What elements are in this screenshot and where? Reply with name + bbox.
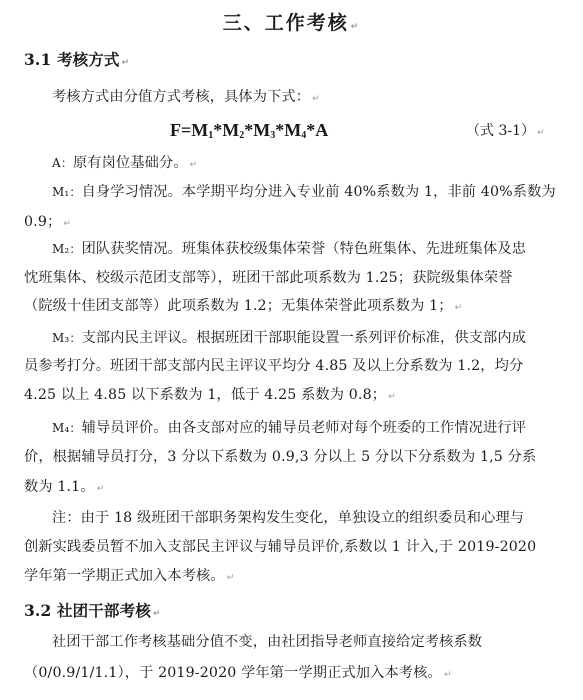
- item-m2-line-1: M₂：团队获奖情况。班集体获校级集体荣誉（特色班集体、先进班集体及忠: [52, 239, 553, 259]
- section-3-2-line-1: 社团干部工作考核基础分值不变，由社团指导老师直接给定考核系数: [52, 632, 553, 652]
- section-3-2-line-2: （0/0.9/1/1.1），于 2019-2020 学年第一学期正式加入本考核。…: [24, 663, 553, 685]
- item-m4-line-1: M₄：辅导员评价。由各支部对应的辅导员老师对每个班委的工作情况进行评: [52, 418, 553, 438]
- note-line-2: 创新实践委员暂不加入支部民主评议与辅导员评价,系数以 1 计入,于 2019-2…: [24, 537, 553, 557]
- item-m2-line-2: 忱班集体、校级示范团支部等），班团干部此项系数为 1.25；获院级集体荣誉: [24, 268, 553, 288]
- chapter-title: 三、工作考核↵: [0, 10, 583, 40]
- item-m4-line-3: 数为 1.1。↵: [24, 477, 553, 499]
- note-line-1: 注：由于 18 级班团干部职务架构发生变化，单独设立的组织委员和心理与: [52, 508, 553, 528]
- section-3-1-heading: 3.1 考核方式↵: [24, 50, 553, 73]
- item-m3-line-2: 员参考打分。班团干部支部内民主评议平均分 4.85 及以上分系数为 1.2，均分: [24, 356, 553, 376]
- item-m2-line-3: （院级十佳团支部等）此项系数为 1.2；无集体荣誉此项系数为 1；↵: [24, 296, 553, 318]
- item-m1-line-1: M₁：自身学习情况。本学期平均分进入专业前 40%系数为 1，非前 40%系数为: [52, 182, 553, 202]
- item-m4-line-2: 价，根据辅导员打分，3 分以下系数为 0.9,3 分以上 5 分以下分系数为 1…: [24, 447, 553, 467]
- item-m3-line-3: 4.25 以上 4.85 以下系数为 1，低于 4.25 系数为 0.8；↵: [24, 385, 553, 407]
- note-line-3: 学年第一学期正式加入本考核。↵: [24, 566, 553, 588]
- section-3-2-heading: 3.2 社团干部考核↵: [24, 601, 553, 624]
- equation-number: （式 3-1）↵: [466, 121, 545, 143]
- formula: F=M1*M2*M3*M4*A: [170, 118, 328, 148]
- document-page: 三、工作考核↵ 3.1 考核方式↵ 考核方式由分值方式考核，具体为下式：↵ F=…: [0, 0, 583, 700]
- item-a: A：原有岗位基础分。↵: [52, 153, 553, 175]
- item-m3-line-1: M₃：支部内民主评议。根据班团干部职能设置一系列评价标准，供支部内成: [52, 328, 553, 348]
- item-m1-line-2: 0.9；↵: [24, 212, 553, 234]
- intro-paragraph: 考核方式由分值方式考核，具体为下式：↵: [52, 87, 553, 109]
